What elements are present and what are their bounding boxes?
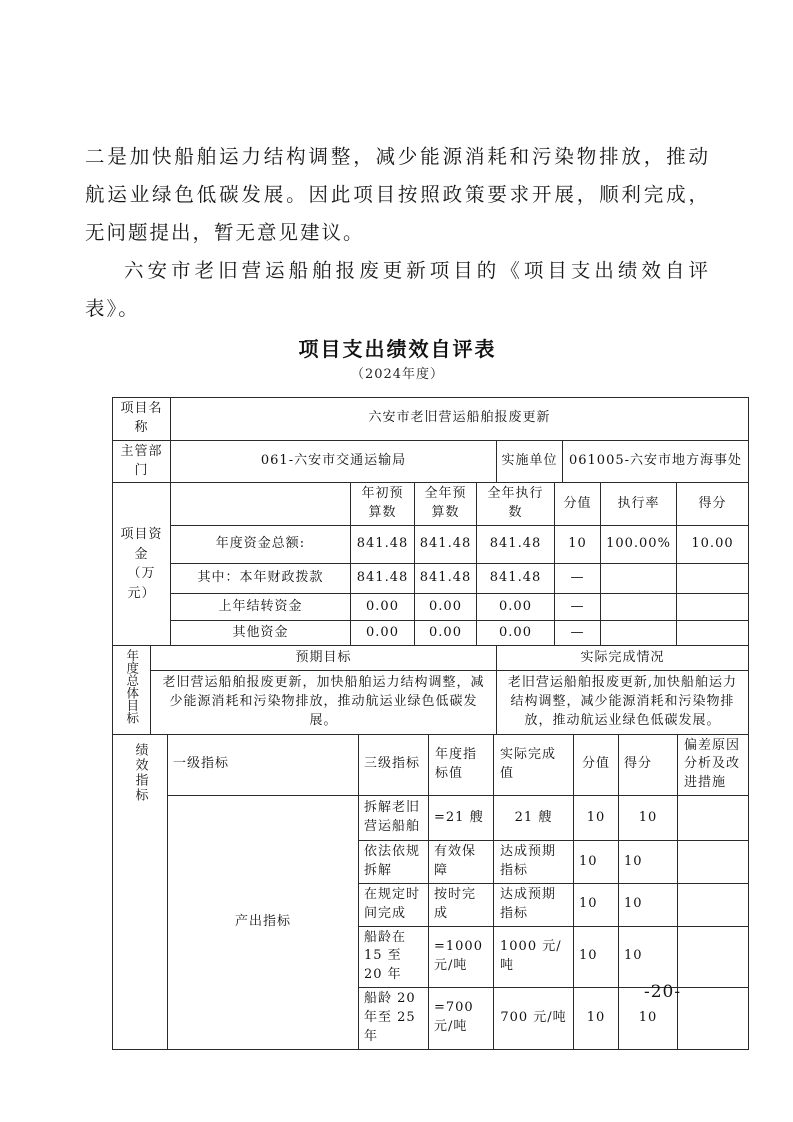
page-number: -20- — [644, 982, 681, 1002]
col-header-exec-rate: 执行率 — [601, 483, 677, 526]
document-page: 二是加快船舶运力结构调整，减少能源消耗和污染物排放，推动 航运业绿色低碳发展。因… — [0, 0, 793, 1122]
col-header-level3: 三级指标 — [359, 734, 429, 796]
indicator-score: 10 — [619, 841, 678, 884]
paragraph-line: 六安市老旧营运船舶报废更新项目的《项目支出绩效自评 — [85, 252, 710, 290]
table-row: 绩效指标 一级指标 三级指标 年度指标值 实际完成值 分值 得分 偏差原因分析及… — [113, 734, 749, 796]
col-header-level1: 一级指标 — [168, 734, 359, 796]
fund-weight: — — [555, 564, 601, 594]
paragraph-2: 六安市老旧营运船舶报废更新项目的《项目支出绩效自评 表》。 — [85, 252, 710, 328]
col-header-annual-budget: 全年预算数 — [415, 483, 477, 526]
paragraph-line: 二是加快船舶运力结构调整，减少能源消耗和污染物排放，推动 — [85, 138, 710, 176]
fund-initial: 841.48 — [351, 564, 415, 594]
empty-cell — [171, 483, 351, 526]
indicator-actual: 达成预期指标 — [494, 883, 574, 926]
fund-initial: 0.00 — [351, 621, 415, 646]
dept-label: 主管部门 — [113, 440, 171, 483]
paragraph-line: 无问题提出，暂无意见建议。 — [85, 214, 710, 252]
table-row: 产出指标 拆解老旧营运船舶 =21 艘 21 艘 10 10 — [113, 796, 749, 841]
fund-score: 10.00 — [677, 526, 749, 564]
fund-score — [677, 621, 749, 646]
fund-annual: 841.48 — [415, 564, 477, 594]
fund-executed: 841.48 — [477, 564, 555, 594]
fund-score — [677, 564, 749, 594]
funds-label: 项目资金 （万元） — [113, 483, 171, 646]
fund-annual: 0.00 — [415, 594, 477, 621]
indicator-name: 依法依规拆解 — [359, 841, 429, 884]
table-title: 项目支出绩效自评表 — [85, 334, 710, 364]
indicator-score: 10 — [619, 883, 678, 926]
fund-weight: — — [555, 621, 601, 646]
indicator-deviation — [678, 926, 749, 988]
fund-executed: 0.00 — [477, 621, 555, 646]
impl-unit-value: 061005-六安市地方海事处 — [563, 440, 749, 483]
paragraph-line: 航运业绿色低碳发展。因此项目按照政策要求开展，顺利完成， — [85, 176, 710, 214]
col-header-weight: 分值 — [555, 483, 601, 526]
fund-exec-rate: 100.00% — [601, 526, 677, 564]
page-content: 二是加快船舶运力结构调整，减少能源消耗和污染物排放，推动 航运业绿色低碳发展。因… — [85, 138, 710, 1050]
indicator-target: =700 元/吨 — [429, 988, 494, 1050]
col-header-executed: 全年执行数 — [477, 483, 555, 526]
dept-value: 061-六安市交通运输局 — [171, 440, 497, 483]
indicator-name: 船龄在 15 至 20 年 — [359, 926, 429, 988]
fund-weight: — — [555, 594, 601, 621]
indicator-weight: 10 — [574, 883, 619, 926]
col-header-actual: 实际完成值 — [494, 734, 574, 796]
actual-result-text: 老旧营运船舶报废更新,加快船舶运力结构调整，减少能源消耗和污染物排放，推动航运业… — [497, 671, 749, 735]
table-row: 上年结转资金 0.00 0.00 0.00 — — [113, 594, 749, 621]
expected-goal-header: 预期目标 — [151, 646, 497, 671]
fund-annual: 0.00 — [415, 621, 477, 646]
indicators-section: 绩效指标 一级指标 三级指标 年度指标值 实际完成值 分值 得分 偏差原因分析及… — [112, 734, 749, 1050]
actual-result-header: 实际完成情况 — [497, 646, 749, 671]
annual-goal-label: 年度总体目标 — [113, 646, 151, 735]
col-header-score: 得分 — [619, 734, 678, 796]
col-header-weight: 分值 — [574, 734, 619, 796]
indicators-label-text: 绩效指标 — [134, 743, 147, 803]
fund-executed: 841.48 — [477, 526, 555, 564]
indicator-weight: 10 — [574, 988, 619, 1050]
col-header-score: 得分 — [677, 483, 749, 526]
table-row: 年度总体目标 预期目标 实际完成情况 — [113, 646, 749, 671]
indicators-label: 绩效指标 — [113, 734, 168, 1049]
fund-initial: 0.00 — [351, 594, 415, 621]
fund-exec-rate — [601, 594, 677, 621]
indicator-target: =1000 元/吨 — [429, 926, 494, 988]
fund-exec-rate — [601, 564, 677, 594]
impl-unit-label: 实施单位 — [497, 440, 563, 483]
table-row: 项目名称 六安市老旧营运船舶报废更新 — [113, 398, 749, 441]
fund-score — [677, 594, 749, 621]
fund-row-name: 年度资金总额: — [171, 526, 351, 564]
indicator-name: 船龄 20 年至 25 年 — [359, 988, 429, 1050]
funds-label-line1: 项目资金 — [117, 525, 166, 564]
project-name-value: 六安市老旧营运船舶报废更新 — [171, 398, 749, 441]
table-row: 年度资金总额: 841.48 841.48 841.48 10 100.00% … — [113, 526, 749, 564]
table-row: 其他资金 0.00 0.00 0.00 — — [113, 621, 749, 646]
indicator-deviation — [678, 988, 749, 1050]
fund-initial: 841.48 — [351, 526, 415, 564]
fund-row-name: 其他资金 — [171, 621, 351, 646]
project-name-label: 项目名称 — [113, 398, 171, 441]
fund-executed: 0.00 — [477, 594, 555, 621]
indicator-name: 拆解老旧营运船舶 — [359, 796, 429, 841]
indicator-weight: 10 — [574, 841, 619, 884]
col-header-target: 年度指标值 — [429, 734, 494, 796]
fund-row-name: 其中：本年财政拨款 — [171, 564, 351, 594]
expected-goal-text: 老旧营运船舶报废更新，加快船舶运力结构调整，减少能源消耗和污染物排放，推动航运业… — [151, 671, 497, 735]
table-row: 项目资金 （万元） 年初预算数 全年预算数 全年执行数 分值 执行率 得分 — [113, 483, 749, 526]
table-row: 老旧营运船舶报废更新，加快船舶运力结构调整，减少能源消耗和污染物排放，推动航运业… — [113, 671, 749, 735]
indicator-actual: 21 艘 — [494, 796, 574, 841]
table-row: 其中：本年财政拨款 841.48 841.48 841.48 — — [113, 564, 749, 594]
indicator-weight: 10 — [574, 796, 619, 841]
indicator-actual: 达成预期指标 — [494, 841, 574, 884]
indicator-deviation — [678, 883, 749, 926]
indicator-actual: 700 元/吨 — [494, 988, 574, 1050]
col-header-initial-budget: 年初预算数 — [351, 483, 415, 526]
indicator-score: 10 — [619, 796, 678, 841]
indicator-name: 在规定时间完成 — [359, 883, 429, 926]
fund-row-name: 上年结转资金 — [171, 594, 351, 621]
funds-section: 项目资金 （万元） 年初预算数 全年预算数 全年执行数 分值 执行率 得分 年度… — [112, 482, 749, 646]
annual-goal-label-text: 年度总体目标 — [125, 649, 138, 724]
indicator-target: 有效保障 — [429, 841, 494, 884]
indicator-deviation — [678, 796, 749, 841]
paragraph-line: 表》。 — [85, 290, 710, 328]
fund-annual: 841.48 — [415, 526, 477, 564]
fund-weight: 10 — [555, 526, 601, 564]
indicator-actual: 1000 元/吨 — [494, 926, 574, 988]
basic-info-section: 项目名称 六安市老旧营运船舶报废更新 主管部门 061-六安市交通运输局 实施单… — [112, 397, 749, 483]
annual-goal-section: 年度总体目标 预期目标 实际完成情况 老旧营运船舶报废更新，加快船舶运力结构调整… — [112, 645, 749, 735]
indicator-score: 10 — [619, 926, 678, 988]
indicator-deviation — [678, 841, 749, 884]
col-header-deviation: 偏差原因分析及改进措施 — [678, 734, 749, 796]
self-evaluation-table: 项目名称 六安市老旧营运船舶报废更新 主管部门 061-六安市交通运输局 实施单… — [112, 397, 748, 1050]
level1-indicator-value: 产出指标 — [168, 796, 359, 1049]
paragraph-1: 二是加快船舶运力结构调整，减少能源消耗和污染物排放，推动 航运业绿色低碳发展。因… — [85, 138, 710, 252]
indicator-weight: 10 — [574, 926, 619, 988]
table-row: 主管部门 061-六安市交通运输局 实施单位 061005-六安市地方海事处 — [113, 440, 749, 483]
table-subtitle: （2024年度） — [85, 364, 710, 386]
indicator-target: =21 艘 — [429, 796, 494, 841]
funds-label-line2: （万元） — [117, 564, 166, 603]
indicator-target: 按时完成 — [429, 883, 494, 926]
fund-exec-rate — [601, 621, 677, 646]
